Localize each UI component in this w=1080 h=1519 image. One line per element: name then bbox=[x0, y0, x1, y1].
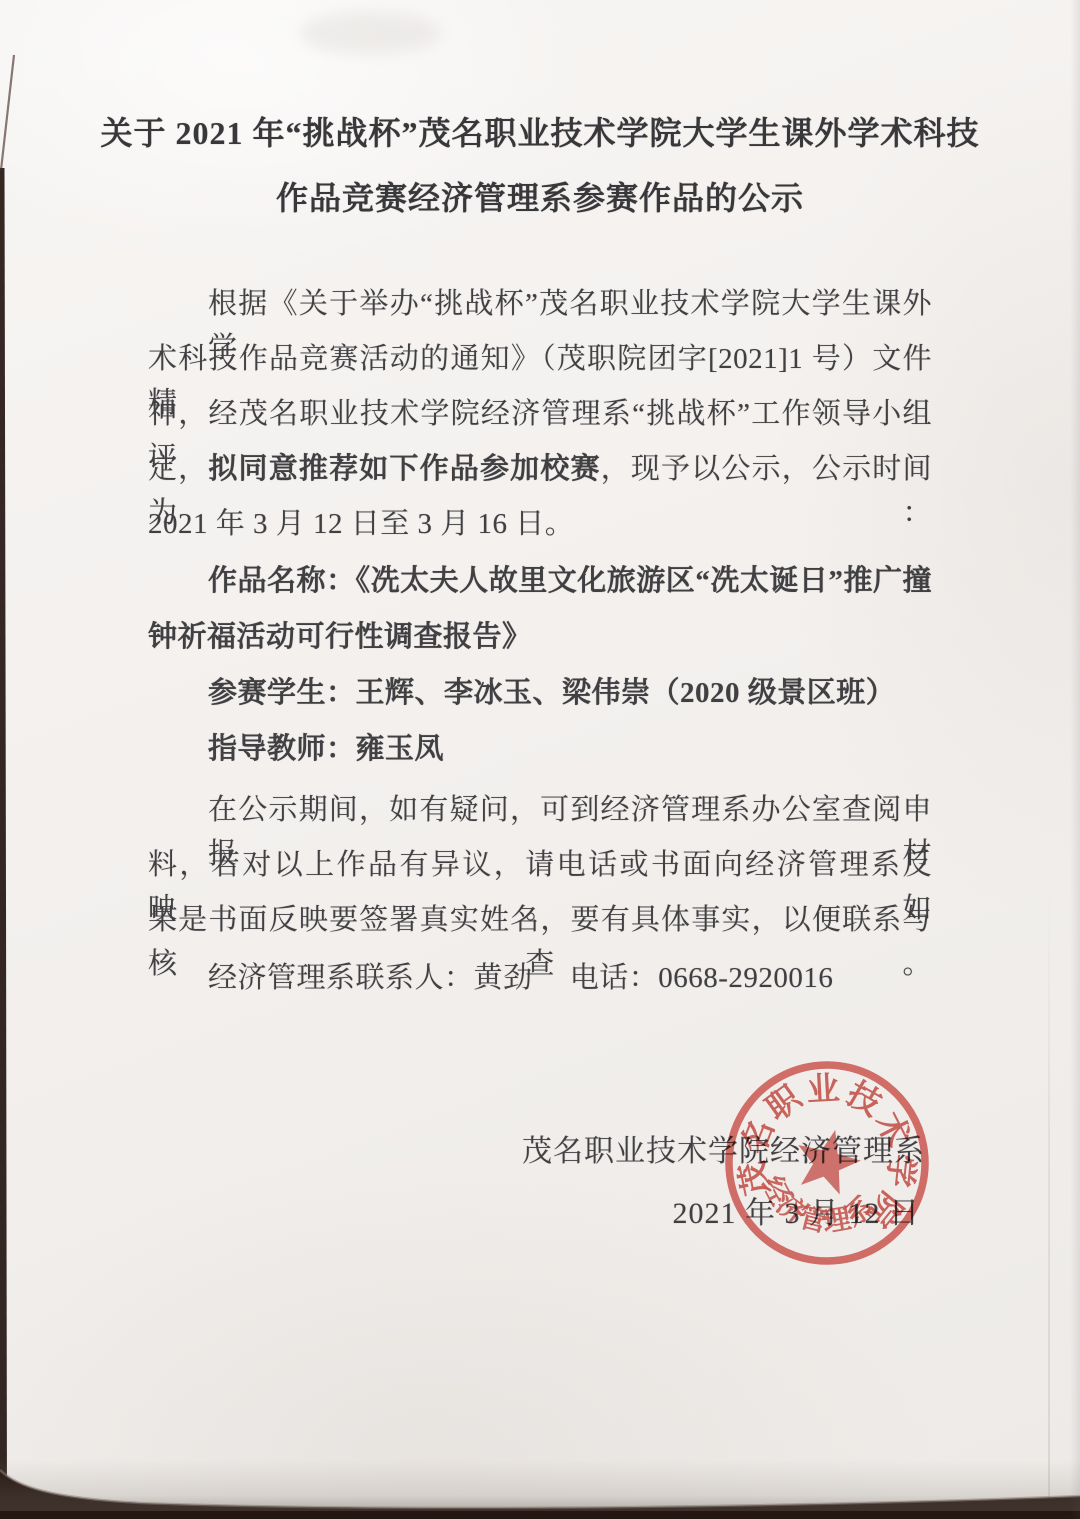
teacher-line: 指导教师：雍玉凤 bbox=[148, 727, 932, 771]
document-title-line2: 作品竞赛经济管理系参赛作品的公示 bbox=[70, 173, 1010, 219]
paper-bottom-shadow bbox=[0, 1459, 1080, 1511]
seal-char: 业 bbox=[806, 1071, 841, 1109]
body-segment: 定， bbox=[148, 453, 208, 485]
body-line: 2021 年 3 月 12 日至 3 月 16 日。 bbox=[148, 502, 932, 546]
signature-date: 2021 年 3 月 12 日 bbox=[673, 1188, 921, 1232]
scan-edge-left bbox=[0, 168, 7, 1519]
paper-crease bbox=[1048, 880, 1050, 1519]
seal-char: 技 bbox=[840, 1075, 887, 1124]
document-title-line1: 关于 2021 年“挑战杯”茂名职业技术学院大学生课外学术科技 bbox=[70, 108, 1010, 154]
body-line: 果是书面反映要签署真实姓名，要有具体事实，以便联系与核查。 bbox=[148, 898, 932, 942]
paper-right-shadow bbox=[1070, 0, 1080, 1519]
body-line: 神，经茂名职业技术学院经济管理系“挑战杯”工作领导小组评 bbox=[148, 392, 932, 436]
seal-char: 职 bbox=[760, 1078, 809, 1128]
body-line: 在公示期间，如有疑问，可到经济管理系办公室查阅申报材 bbox=[148, 788, 932, 832]
body-line: 料，若对以上作品有异议，请电话或书面向经济管理系反映。如 bbox=[148, 843, 932, 887]
work-title-line2: 钟祈福活动可行性调查报告》 bbox=[148, 615, 932, 659]
body-segment-bold: 拟同意推荐如下作品参加校赛 bbox=[208, 453, 600, 485]
students-line: 参赛学生：王辉、李冰玉、梁伟崇（2020 级景区班） bbox=[148, 671, 932, 715]
body-line: 根据《关于举办“挑战杯”茂名职业技术学院大学生课外学 bbox=[148, 282, 932, 326]
scanned-document-page: 关于 2021 年“挑战杯”茂名职业技术学院大学生课外学术科技 作品竞赛经济管理… bbox=[0, 0, 1080, 1519]
work-title-line1: 作品名称：《冼太夫人故里文化旅游区“冼太诞日”推广撞 bbox=[148, 559, 932, 603]
contact-line: 经济管理系联系人：黄劲 电话：0668-2920016 bbox=[148, 956, 932, 1000]
scan-corner-fold bbox=[1, 55, 14, 170]
body-line: 术科技作品竞赛活动的通知》（茂职院团字[2021]1 号）文件精 bbox=[148, 337, 932, 381]
paper-smudge bbox=[300, 12, 440, 54]
body-line: 定，拟同意推荐如下作品参加校赛，现予以公示，公示时间为： bbox=[148, 447, 932, 491]
signature-org: 茂名职业技术学院经济管理系 bbox=[522, 1126, 925, 1170]
